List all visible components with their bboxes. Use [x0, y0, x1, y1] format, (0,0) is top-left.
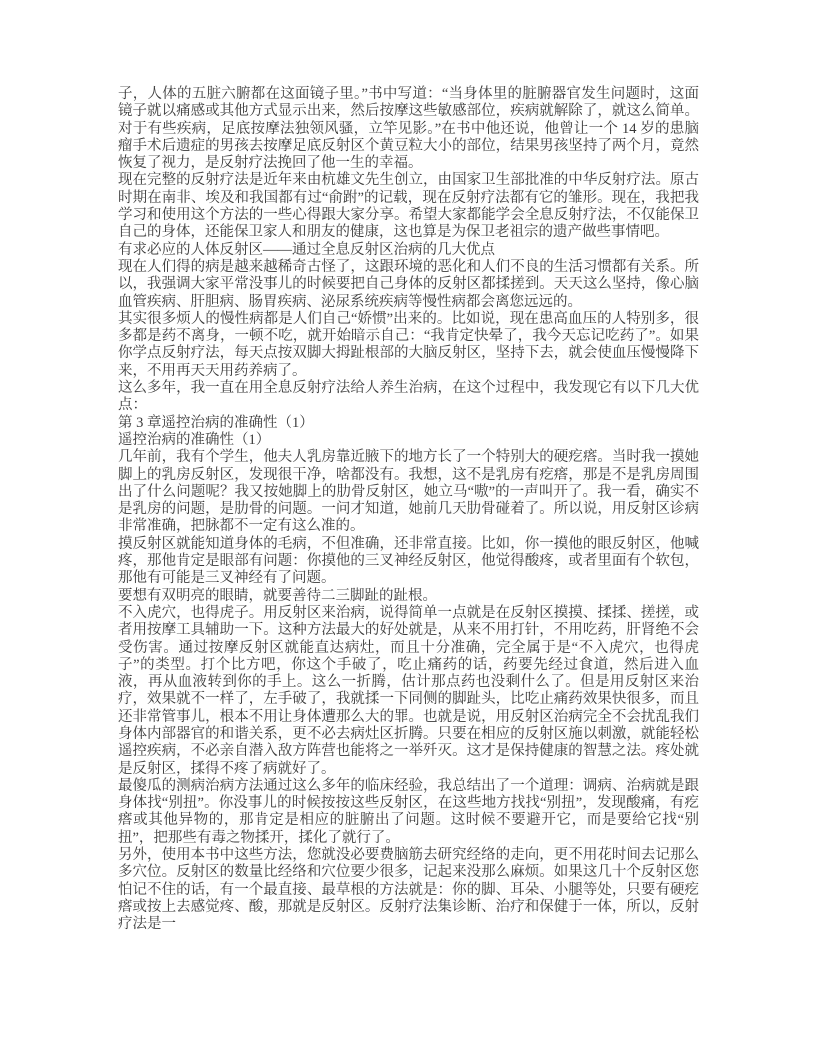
paragraph: 另外，使用本书中这些方法，您就没必要费脑筋去研究经络的走向，更不用花时间去记那么… [118, 847, 699, 933]
paragraph: 第 3 章遥控治病的准确性（1） [118, 415, 699, 432]
paragraph: 有求必应的人体反射区——通过全息反射区治病的几大优点 [118, 242, 699, 259]
paragraph: 现在人们得的病是越来越稀奇古怪了，这跟环境的恶化和人们不良的生活习惯都有关系。所… [118, 259, 699, 311]
paragraph: 几年前，我有个学生，他夫人乳房靠近腋下的地方长了一个特别大的硬疙瘩。当时我一摸她… [118, 449, 699, 535]
paragraph: 要想有双明亮的眼睛，就要善待二三脚趾的趾根。 [118, 588, 699, 605]
paragraph: 这么多年，我一直在用全息反射疗法给人养生治病，在这个过程中，我发现它有以下几大优… [118, 380, 699, 415]
paragraph: 遥控治病的准确性（1） [118, 432, 699, 449]
paragraph: 摸反射区就能知道身体的毛病，不但准确，还非常直接。比如，你一摸他的眼反射区，他喊… [118, 536, 699, 588]
paragraph: 现在完整的反射疗法是近年来由杭雄文先生创立，由国家卫生部批准的中华反射疗法。原古… [118, 172, 699, 241]
paragraph: 子，人体的五脏六腑都在这面镜子里。”书中写道：“当身体里的脏腑器官发生问题时，这… [118, 86, 699, 172]
document-page: 子，人体的五脏六腑都在这面镜子里。”书中写道：“当身体里的脏腑器官发生问题时，这… [0, 0, 816, 1056]
text-block: 子，人体的五脏六腑都在这面镜子里。”书中写道：“当身体里的脏腑器官发生问题时，这… [118, 86, 699, 934]
paragraph: 其实很多烦人的慢性病都是人们自己“娇惯”出来的。比如说，现在患高血压的人特别多，… [118, 311, 699, 380]
paragraph: 不入虎穴，也得虎子。用反射区来治病，说得简单一点就是在反射区摸摸、揉揉、搓搓，或… [118, 605, 699, 778]
paragraph: 最傻瓜的测病治病方法通过这么多年的临床经验，我总结出了一个道理：调病、治病就是跟… [118, 778, 699, 847]
